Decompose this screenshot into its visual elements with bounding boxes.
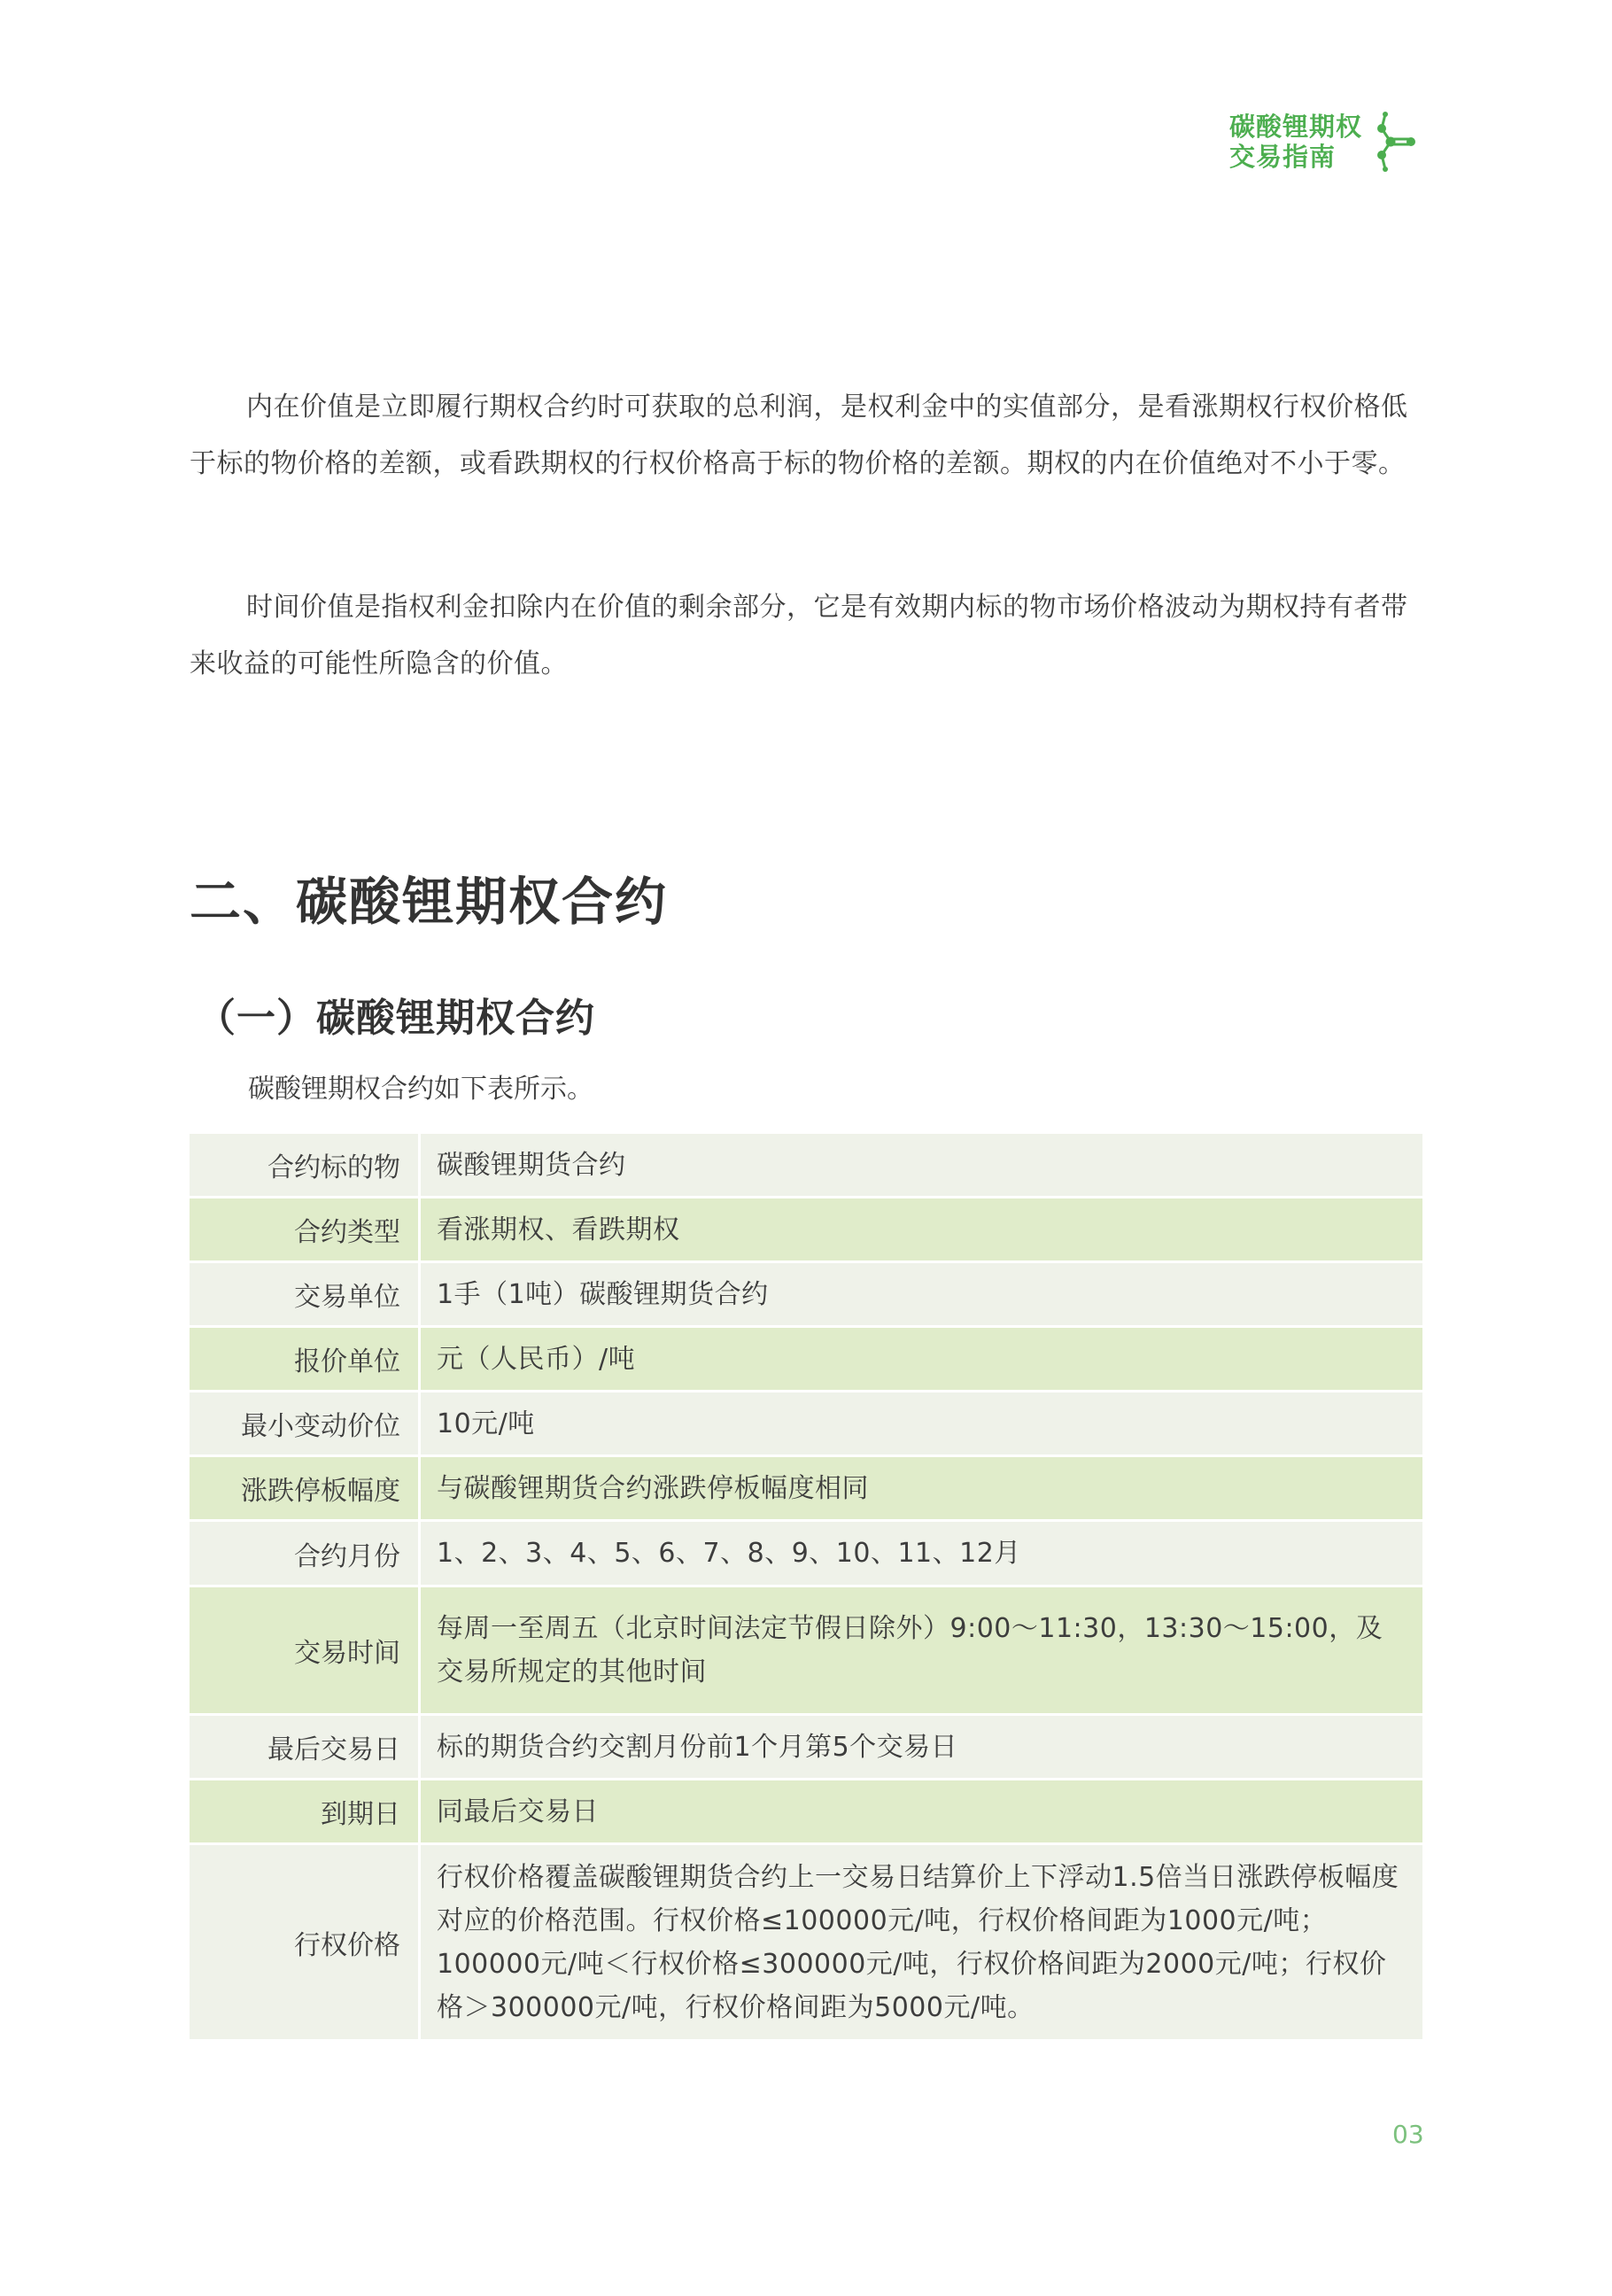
row-label: 到期日 bbox=[190, 1780, 418, 1842]
paragraph-time-value: 时间价值是指权利金扣除内在价值的剩余部分，它是有效期内标的物市场价格波动为期权持… bbox=[190, 579, 1422, 693]
table-row: 报价单位 元（人民币）/吨 bbox=[190, 1328, 1422, 1390]
row-value: 10元/吨 bbox=[421, 1392, 1422, 1454]
row-value: 看涨期权、看跌期权 bbox=[421, 1198, 1422, 1260]
table-row: 合约标的物 碳酸锂期货合约 bbox=[190, 1134, 1422, 1196]
table-row: 行权价格 行权价格覆盖碳酸锂期货合约上一交易日结算价上下浮动1.5倍当日涨跌停板… bbox=[190, 1845, 1422, 2039]
table-row: 交易单位 1手（1吨）碳酸锂期货合约 bbox=[190, 1263, 1422, 1325]
row-value: 行权价格覆盖碳酸锂期货合约上一交易日结算价上下浮动1.5倍当日涨跌停板幅度对应的… bbox=[421, 1845, 1422, 2039]
table-intro: 碳酸锂期权合约如下表所示。 bbox=[248, 1067, 593, 1112]
row-value: 与碳酸锂期货合约涨跌停板幅度相同 bbox=[421, 1457, 1422, 1519]
brand-header: 碳酸锂期权 交易指南 bbox=[1229, 111, 1417, 173]
row-label: 行权价格 bbox=[190, 1845, 418, 2039]
row-value: 1手（1吨）碳酸锂期货合约 bbox=[421, 1263, 1422, 1325]
row-value: 元（人民币）/吨 bbox=[421, 1328, 1422, 1390]
table-row: 最小变动价位 10元/吨 bbox=[190, 1392, 1422, 1454]
row-label: 交易单位 bbox=[190, 1263, 418, 1325]
brand-title-line1: 碳酸锂期权 bbox=[1229, 112, 1362, 142]
subsection-title: （一）碳酸锂期权合约 bbox=[197, 990, 595, 1047]
row-value: 同最后交易日 bbox=[421, 1780, 1422, 1842]
contract-spec-table: 合约标的物 碳酸锂期货合约 合约类型 看涨期权、看跌期权 交易单位 1手（1吨）… bbox=[190, 1134, 1422, 2042]
row-label: 最小变动价位 bbox=[190, 1392, 418, 1454]
table-row: 到期日 同最后交易日 bbox=[190, 1780, 1422, 1842]
row-label: 最后交易日 bbox=[190, 1716, 418, 1778]
brand-title: 碳酸锂期权 交易指南 bbox=[1229, 112, 1362, 172]
row-label: 合约标的物 bbox=[190, 1134, 418, 1196]
row-value: 标的期货合约交割月份前1个月第5个交易日 bbox=[421, 1716, 1422, 1778]
row-value: 碳酸锂期货合约 bbox=[421, 1134, 1422, 1196]
row-label: 交易时间 bbox=[190, 1587, 418, 1713]
table-row: 涨跌停板幅度 与碳酸锂期货合约涨跌停板幅度相同 bbox=[190, 1457, 1422, 1519]
page-number: 03 bbox=[1392, 2120, 1424, 2149]
row-label: 报价单位 bbox=[190, 1328, 418, 1390]
table-row: 最后交易日 标的期货合约交割月份前1个月第5个交易日 bbox=[190, 1716, 1422, 1778]
table-row: 合约月份 1、2、3、4、5、6、7、8、9、10、11、12月 bbox=[190, 1522, 1422, 1585]
molecule-icon bbox=[1375, 111, 1417, 173]
section-title: 二、碳酸锂期权合约 bbox=[190, 866, 668, 937]
row-label: 涨跌停板幅度 bbox=[190, 1457, 418, 1519]
brand-title-line2: 交易指南 bbox=[1229, 142, 1362, 172]
row-value: 1、2、3、4、5、6、7、8、9、10、11、12月 bbox=[421, 1522, 1422, 1585]
row-value: 每周一至周五（北京时间法定节假日除外）9:00～11:30，13:30～15:0… bbox=[421, 1587, 1422, 1713]
paragraph-intrinsic-value: 内在价值是立即履行期权合约时可获取的总利润，是权利金中的实值部分，是看涨期权行权… bbox=[190, 379, 1422, 493]
table-row: 合约类型 看涨期权、看跌期权 bbox=[190, 1198, 1422, 1260]
table-row: 交易时间 每周一至周五（北京时间法定节假日除外）9:00～11:30，13:30… bbox=[190, 1587, 1422, 1713]
row-label: 合约类型 bbox=[190, 1198, 418, 1260]
row-label: 合约月份 bbox=[190, 1522, 418, 1585]
